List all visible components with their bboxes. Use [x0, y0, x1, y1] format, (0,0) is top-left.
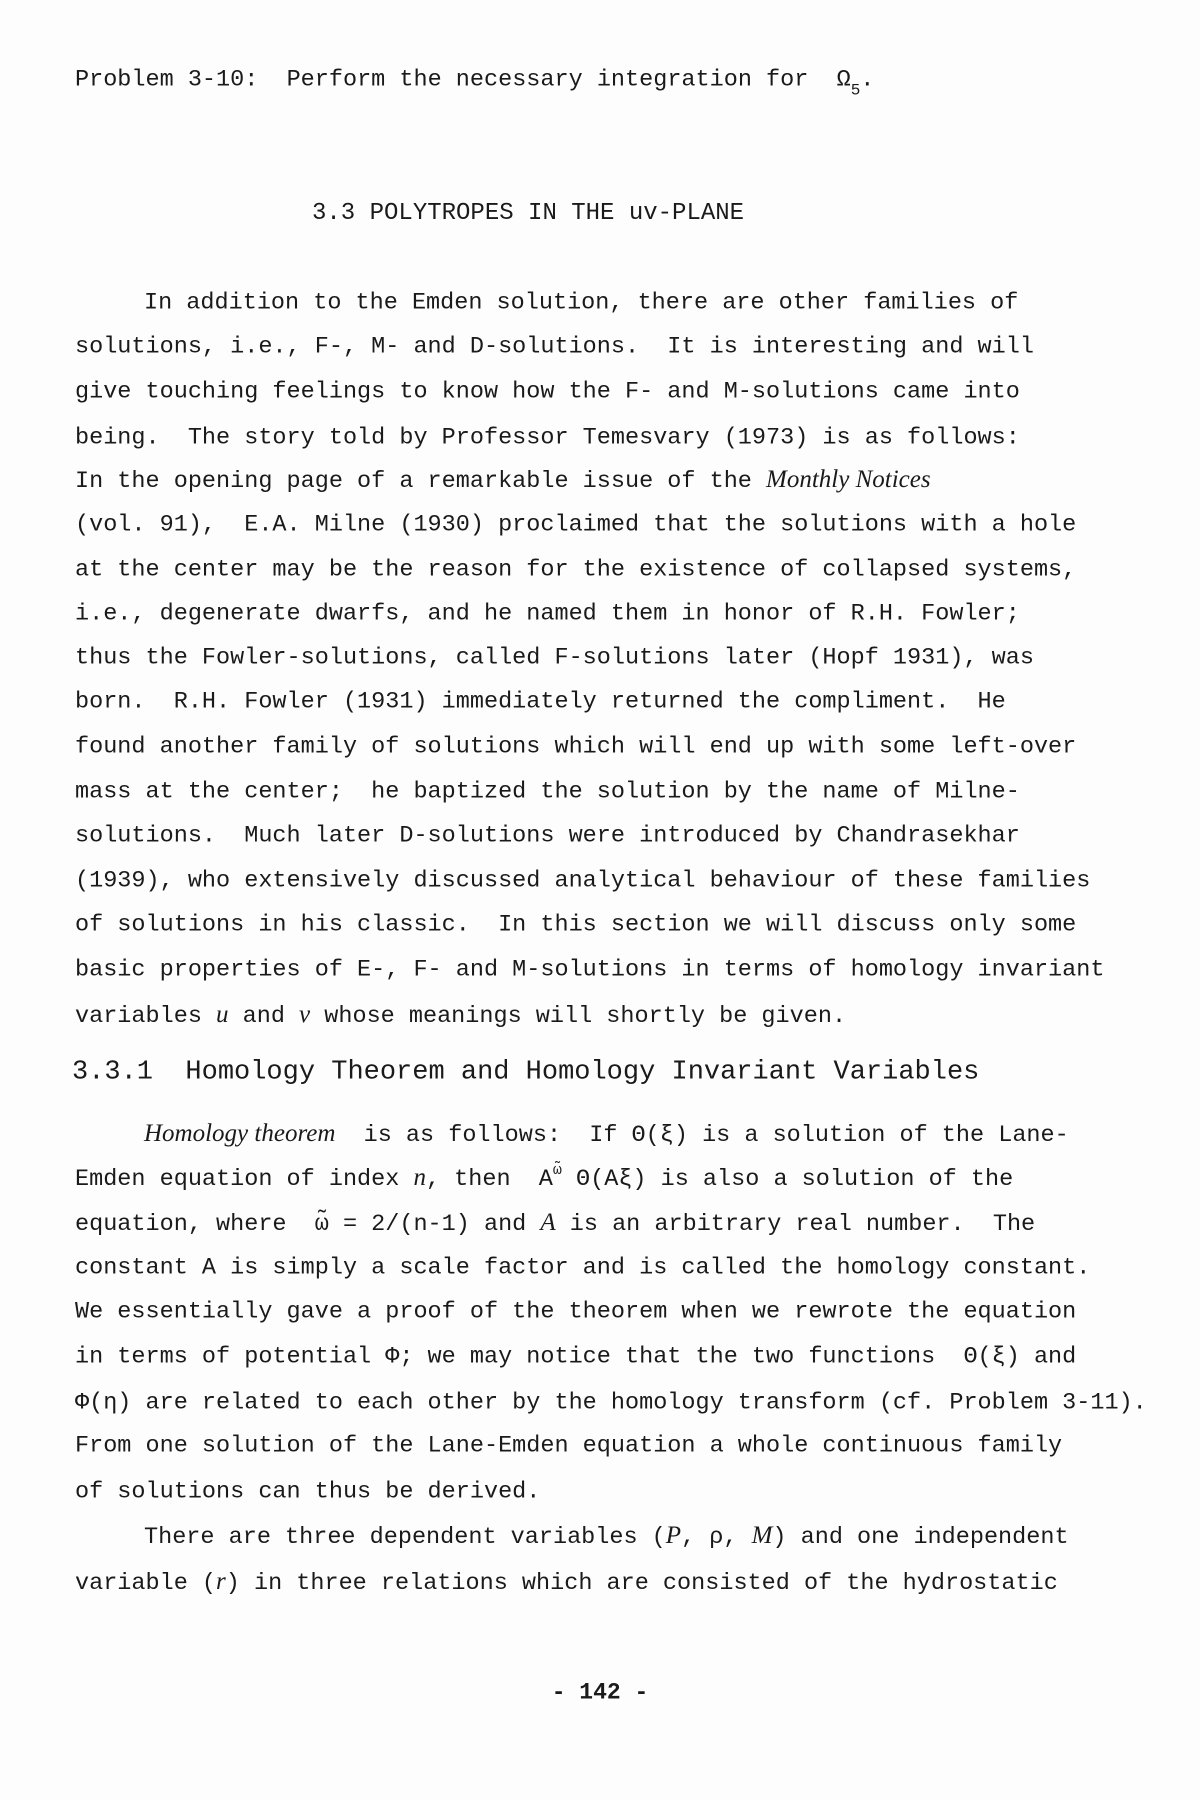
omega-tilde-superscript: ω̃	[553, 1162, 562, 1179]
variables-line-1: There are three dependent variables (P, …	[144, 1523, 1069, 1550]
text-line: being. The story told by Professor Temes…	[75, 426, 1020, 450]
text-line: (1939), who extensively discussed analyt…	[75, 869, 1090, 893]
text-line: in terms of potential Φ; we may notice t…	[75, 1345, 1076, 1369]
text-line: Φ(η) are related to each other by the ho…	[75, 1391, 1147, 1415]
problem-label: Problem 3-10:	[75, 66, 258, 93]
variables-line-2: variable (r) in three relations which ar…	[75, 1569, 1058, 1596]
text: variable (	[75, 1570, 216, 1597]
text-line: solutions, i.e., F-, M- and D-solutions.…	[75, 335, 1034, 359]
var-r: r	[216, 1568, 226, 1595]
text-line: of solutions in his classic. In this sec…	[75, 913, 1076, 937]
journal-title: Monthly Notices	[766, 466, 931, 493]
text-line: (vol. 91), E.A. Milne (1930) proclaimed …	[75, 513, 1076, 537]
constant-A: A	[540, 1209, 555, 1236]
text-line: found another family of solutions which …	[75, 735, 1076, 759]
text-line: thus the Fowler-solutions, called F-solu…	[75, 646, 1034, 670]
text: There are three dependent variables (	[144, 1524, 666, 1551]
omega-subscript: 5	[851, 81, 861, 99]
text: is as follows: If Θ(ξ) is a solution of …	[335, 1122, 1068, 1149]
text: , ρ,	[681, 1524, 752, 1551]
text-line: solutions. Much later D-solutions were i…	[75, 824, 1020, 848]
text: equation, where ω̃ = 2/(n-1) and	[75, 1211, 540, 1238]
homology-theorem-term: Homology theorem	[144, 1120, 335, 1147]
homology-line-1: Homology theorem is as follows: If Θ(ξ) …	[144, 1121, 1069, 1148]
page-number: - 142 -	[0, 1682, 1200, 1705]
text-line: give touching feelings to know how the F…	[75, 380, 1020, 404]
homology-line-3: equation, where ω̃ = 2/(n-1) and A is an…	[75, 1210, 1035, 1237]
text-line: From one solution of the Lane-Emden equa…	[75, 1434, 1062, 1458]
text-line: basic properties of E-, F- and M-solutio…	[75, 958, 1104, 982]
index-n: n	[413, 1164, 426, 1191]
text-line: In the opening page of a remarkable issu…	[75, 467, 931, 494]
text-line: born. R.H. Fowler (1931) immediately ret…	[75, 690, 1006, 714]
text: , then A	[426, 1166, 553, 1193]
var-M: M	[752, 1522, 773, 1549]
problem-text: Perform the necessary integration for	[287, 66, 809, 93]
section-heading: 3.3 POLYTROPES IN THE uv-PLANE	[312, 202, 744, 226]
text-line: We essentially gave a proof of the theor…	[75, 1300, 1076, 1324]
text: ) in three relations which are consisted…	[226, 1570, 1058, 1597]
text-line: variables u and v whose meanings will sh…	[75, 1002, 846, 1029]
text: is an arbitrary real number. The	[556, 1211, 1035, 1238]
text: ) and one independent	[772, 1524, 1068, 1551]
homology-line-2: Emden equation of index n, then Aω̃ Θ(Aξ…	[75, 1165, 1013, 1192]
problem-line: Problem 3-10: Perform the necessary inte…	[75, 68, 874, 92]
text: Θ(Aξ) is also a solution of the	[562, 1166, 1013, 1193]
text-line: mass at the center; he baptized the solu…	[75, 780, 1020, 804]
text-line: i.e., degenerate dwarfs, and he named th…	[75, 602, 1020, 626]
period: .	[860, 66, 874, 93]
text-line: at the center may be the reason for the …	[75, 558, 1076, 582]
subsection-heading: 3.3.1 Homology Theorem and Homology Inva…	[72, 1060, 979, 1087]
text-line: of solutions can thus be derived.	[75, 1480, 540, 1504]
text-line: constant A is simply a scale factor and …	[75, 1256, 1090, 1280]
omega-symbol: Ω	[837, 66, 851, 93]
var-P: P	[666, 1522, 681, 1549]
text: Emden equation of index	[75, 1166, 413, 1193]
text-line: In addition to the Emden solution, there…	[144, 291, 1018, 315]
